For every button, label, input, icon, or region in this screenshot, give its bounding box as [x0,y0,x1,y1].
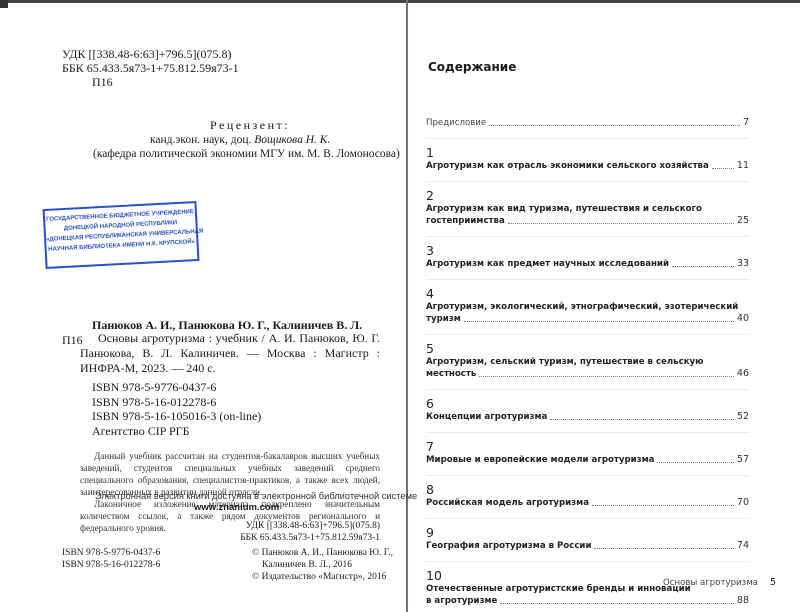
chapter-number: 4 [426,287,749,301]
chapter-number: 9 [426,526,749,540]
right-page-contents: Содержание Предисловие 7 1 Агротуризм ка… [410,0,800,612]
copyright-block: © Панюков А. И., Панюкова Ю. Г., Калинич… [252,547,393,583]
classification-block-bottom: УДК [[338.48-6:63]+796.5](075.8) ББК 65.… [240,520,380,544]
isbn-item: ISBN 978-5-16-012278-6 [62,559,160,571]
toc-page-number: 74 [737,540,749,552]
dot-leader [592,505,734,506]
chapter-number: 7 [426,440,749,454]
table-of-contents: Предисловие 7 1 Агротуризм как отрасль э… [426,117,749,612]
chapter-title: Концепции агротуризма [426,411,547,423]
toc-page-number: 25 [737,215,749,227]
toc-page-number: 46 [737,368,749,380]
toc-entry-chapter-5[interactable]: 5 Агротуризм, сельский туризм, путешеств… [426,335,749,390]
chapter-title: местность [426,368,476,380]
isbn-list: ISBN 978-5-9776-0437-6 ISBN 978-5-16-012… [92,380,261,438]
toc-row: Мировые и европейские модели агротуризма… [426,454,749,466]
electronic-version-note: Электронная версия книги доступна в элек… [95,491,417,501]
page-footer: Основы агротуризма5 [663,577,776,588]
toc-row: Агротуризм как предмет научных исследова… [426,258,749,270]
isbn-item: ISBN 978-5-9776-0437-6 [62,547,160,559]
dot-leader [489,125,740,126]
chapter-title: гостеприимства [426,215,505,227]
reviewer-affiliation: (кафедра политической экономии МГУ им. М… [93,148,400,160]
chapter-number: 6 [426,397,749,411]
toc-row: Предисловие 7 [426,117,749,129]
chapter-title: в агротуризме [426,595,497,607]
toc-row: местность 46 [426,368,749,380]
toc-entry-chapter-9[interactable]: 9 География агротуризма в России 74 [426,519,749,562]
chapter-title-line1: Агротуризм, экологический, этнографическ… [426,301,749,313]
toc-entry-chapter-1[interactable]: 1 Агротуризм как отрасль экономики сельс… [426,139,749,182]
toc-entry-chapter-4[interactable]: 4 Агротуризм, экологический, этнографиче… [426,280,749,335]
chapter-number: 8 [426,483,749,497]
chapter-title: туризм [426,313,461,325]
chapter-title: Российская модель агротуризма [426,497,589,509]
chapter-title-line1: Агротуризм, сельский туризм, путешествие… [426,356,749,368]
copyright-authors-cont: Калиничев В. Л., 2016 [252,559,393,571]
toc-page-number: 70 [737,497,749,509]
toc-page-number: 88 [737,595,749,607]
reviewer-name-line: канд.экон. наук, доц. Вощикова Н. К. [150,134,330,146]
dot-leader [672,266,734,267]
toc-row: Российская модель агротуризма 70 [426,497,749,509]
website-link[interactable]: www.znanium.com [194,502,279,513]
copyright-publisher: © Издательство «Магистр», 2016 [252,571,393,583]
toc-label: Предисловие [426,117,486,129]
isbn-item: ISBN 978-5-16-105016-3 (on-line) [92,409,261,424]
toc-entry-preface[interactable]: Предисловие 7 [426,117,749,139]
bbk-code-bottom: ББК 65.433.5я73-1+75.812.59я73-1 [240,532,380,544]
chapter-number: 3 [426,244,749,258]
toc-page-number: 33 [737,258,749,270]
dot-leader [500,603,734,604]
dot-leader [464,321,734,322]
library-stamp: ГОСУДАРСТВЕННОЕ БЮДЖЕТНОЕ УЧРЕЖДЕНИЕ ДОН… [43,201,200,269]
toc-entry-chapter-2[interactable]: 2 Агротуризм как вид туризма, путешестви… [426,182,749,237]
chapter-title: Агротуризм как предмет научных исследова… [426,258,669,270]
toc-entry-chapter-3[interactable]: 3 Агротуризм как предмет научных исследо… [426,237,749,280]
toc-row: в агротуризме 88 [426,595,749,607]
toc-row: Агротуризм как отрасль экономики сельско… [426,160,749,172]
toc-row: туризм 40 [426,313,749,325]
chapter-number: 2 [426,189,749,203]
toc-entry-chapter-7[interactable]: 7 Мировые и европейские модели агротуриз… [426,433,749,476]
toc-page-number: 11 [737,160,749,172]
copyright-authors: © Панюков А. И., Панюкова Ю. Г., [252,547,393,559]
toc-entry-chapter-8[interactable]: 8 Российская модель агротуризма 70 [426,476,749,519]
reviewer-degree: канд.экон. наук, доц. [150,134,254,146]
isbn-list-bottom: ISBN 978-5-9776-0437-6 ISBN 978-5-16-012… [62,547,160,571]
dot-leader [594,548,733,549]
chapter-number: 1 [426,146,749,160]
toc-row: Концепции агротуризма 52 [426,411,749,423]
chapter-title-line1: Агротуризм как вид туризма, путешествия … [426,203,749,215]
chapter-number: 5 [426,342,749,356]
chapter-title: Мировые и европейские модели агротуризма [426,454,654,466]
author-mark: П16 [62,75,239,89]
cip-agency: Агентство CIP РГБ [92,424,261,439]
page-number: 5 [770,577,776,588]
contents-title: Содержание [428,60,516,74]
toc-entry-chapter-6[interactable]: 6 Концепции агротуризма 52 [426,390,749,433]
dot-leader [712,168,734,169]
toc-page-number: 7 [743,117,749,129]
left-page-imprint: УДК [[338.48-6:63]+796.5](075.8) ББК 65.… [0,0,404,612]
classification-block: УДК [[338.48-6:63]+796.5](075.8) ББК 65.… [62,47,239,89]
toc-page-number: 52 [737,411,749,423]
udk-code-bottom: УДК [[338.48-6:63]+796.5](075.8) [240,520,380,532]
toc-page-number: 57 [737,454,749,466]
chapter-title: География агротуризма в России [426,540,591,552]
bbk-code: ББК 65.433.5я73-1+75.812.59я73-1 [62,61,239,75]
bibliographic-record: Основы агротуризма : учебник / А. И. Пан… [80,331,380,376]
toc-page-number: 40 [737,313,749,325]
running-title: Основы агротуризма [663,578,758,588]
toc-row: География агротуризма в России 74 [426,540,749,552]
isbn-item: ISBN 978-5-16-012278-6 [92,395,261,410]
reviewer-heading: Рецензент: [210,118,290,133]
dot-leader [657,462,733,463]
book-spine-divider [406,0,408,612]
dot-leader [550,419,734,420]
dot-leader [508,223,734,224]
reviewer-name: Вощикова Н. К. [254,134,330,146]
dot-leader [479,376,734,377]
isbn-item: ISBN 978-5-9776-0437-6 [92,380,261,395]
chapter-title: Агротуризм как отрасль экономики сельско… [426,160,709,172]
udk-code: УДК [[338.48-6:63]+796.5](075.8) [62,47,239,61]
toc-row: гостеприимства 25 [426,215,749,227]
